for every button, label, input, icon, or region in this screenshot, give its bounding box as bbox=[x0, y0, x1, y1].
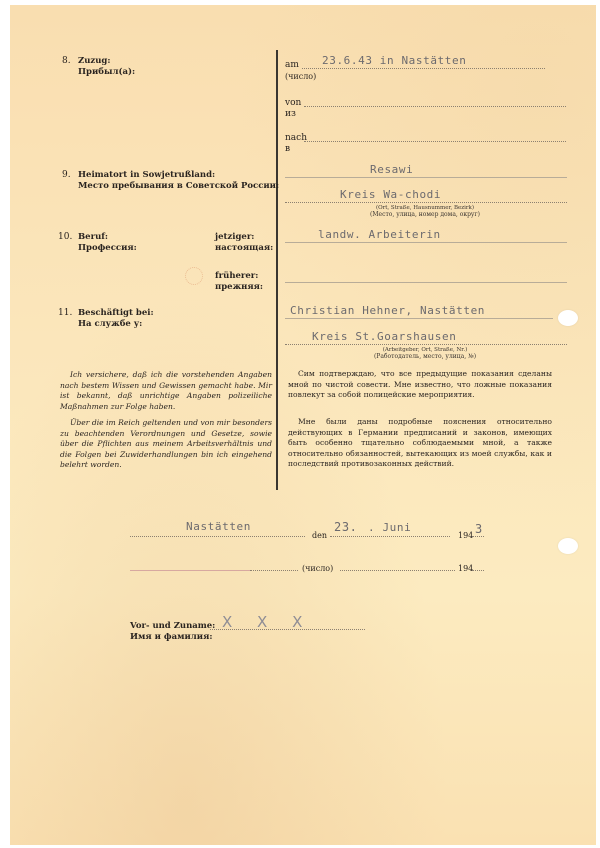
column-divider bbox=[276, 50, 278, 490]
hometown-line1 bbox=[285, 177, 567, 178]
day-month-line bbox=[330, 536, 450, 537]
current-profession-value: landw. Arbeiterin bbox=[318, 228, 441, 241]
place-value: Nastätten bbox=[186, 520, 251, 533]
former-profession-label-ru: прежняя: bbox=[215, 282, 263, 293]
section8-label-ru: Прибыл(а): bbox=[78, 67, 135, 78]
current-profession-label-ru: настоящая: bbox=[215, 243, 273, 254]
date-ru-line-right bbox=[340, 570, 455, 571]
declaration-ru-para1: Сим подтверждаю, что все предыдущие пока… bbox=[288, 369, 552, 401]
date-ru-line-mid bbox=[250, 570, 298, 571]
employer-line2-value: Kreis St.Goarshausen bbox=[312, 330, 456, 343]
hometown-line2 bbox=[285, 202, 567, 203]
arrival-date-line bbox=[302, 68, 545, 69]
employer-line1 bbox=[285, 318, 553, 319]
hometown-line1-value: Resawi bbox=[370, 163, 413, 176]
year-line bbox=[472, 536, 484, 537]
arrival-date-label-de: am bbox=[285, 60, 299, 71]
punch-hole bbox=[558, 310, 578, 326]
arrival-date-label-ru: (число) bbox=[285, 71, 316, 82]
month-value: . Juni bbox=[368, 521, 411, 534]
den-label: den bbox=[312, 530, 327, 541]
section11-label-ru: На службе у: bbox=[78, 319, 142, 330]
arrival-from-label-ru: из bbox=[285, 109, 296, 120]
date-ru-label: (число) bbox=[302, 563, 333, 574]
name-label-de: Vor- und Zuname: bbox=[130, 621, 215, 632]
arrival-date-value: 23.6.43 in Nastätten bbox=[322, 54, 466, 67]
year-ru-line bbox=[472, 570, 484, 571]
hometown-line2-value: Kreis Wa-chodi bbox=[340, 188, 441, 201]
faint-stamp-mark bbox=[185, 267, 203, 285]
arrival-to-line bbox=[304, 141, 566, 142]
declaration-de-para2: Über die im Reich geltenden und von mir … bbox=[60, 418, 272, 471]
section9-label-ru: Место пребывания в Советской России: bbox=[78, 181, 279, 192]
year-prefix: 194 bbox=[458, 530, 473, 541]
date-ru-line-left bbox=[130, 570, 250, 571]
year-prefix-ru: 194 bbox=[458, 563, 473, 574]
name-line bbox=[210, 629, 365, 630]
employer-line2 bbox=[285, 344, 567, 345]
section11-label-de: Beschäftigt bei: bbox=[78, 308, 154, 319]
punch-hole bbox=[558, 538, 578, 554]
employer-caption-ru: (Работодатель, место, улица, №) bbox=[300, 353, 550, 360]
former-profession-label-de: früherer: bbox=[215, 271, 258, 282]
name-label-ru: Имя и фамилия: bbox=[130, 632, 213, 643]
declaration-de-para1: Ich versichere, daß ich die vorstehenden… bbox=[60, 370, 272, 412]
declaration-ru-para2: Мне были даны подробные пояснения относи… bbox=[288, 417, 552, 470]
section11-number: 11. bbox=[58, 308, 72, 319]
current-profession-line bbox=[285, 242, 567, 243]
place-line bbox=[130, 536, 305, 537]
year-suffix: 3 bbox=[475, 522, 483, 536]
employer-line1-value: Christian Hehner, Nastätten bbox=[290, 304, 485, 317]
section10-number: 10. bbox=[58, 232, 72, 243]
section10-label-ru: Профессия: bbox=[78, 243, 137, 254]
section8-number: 8. bbox=[62, 56, 71, 67]
day-value: 23. bbox=[334, 520, 357, 534]
current-profession-label-de: jetziger: bbox=[215, 232, 254, 243]
arrival-to-label-de: nach bbox=[285, 133, 307, 144]
arrival-from-line bbox=[304, 106, 566, 107]
section10-label-de: Beruf: bbox=[78, 232, 108, 243]
section9-number: 9. bbox=[62, 170, 71, 181]
section8-label-de: Zuzug: bbox=[78, 56, 110, 67]
arrival-to-label-ru: в bbox=[285, 144, 290, 155]
section9-label-de: Heimatort in Sowjetrußland: bbox=[78, 170, 215, 181]
former-profession-line bbox=[285, 282, 567, 283]
arrival-from-label-de: von bbox=[285, 98, 301, 109]
hometown-caption-ru: (Место, улица, номер дома, округ) bbox=[300, 211, 550, 218]
